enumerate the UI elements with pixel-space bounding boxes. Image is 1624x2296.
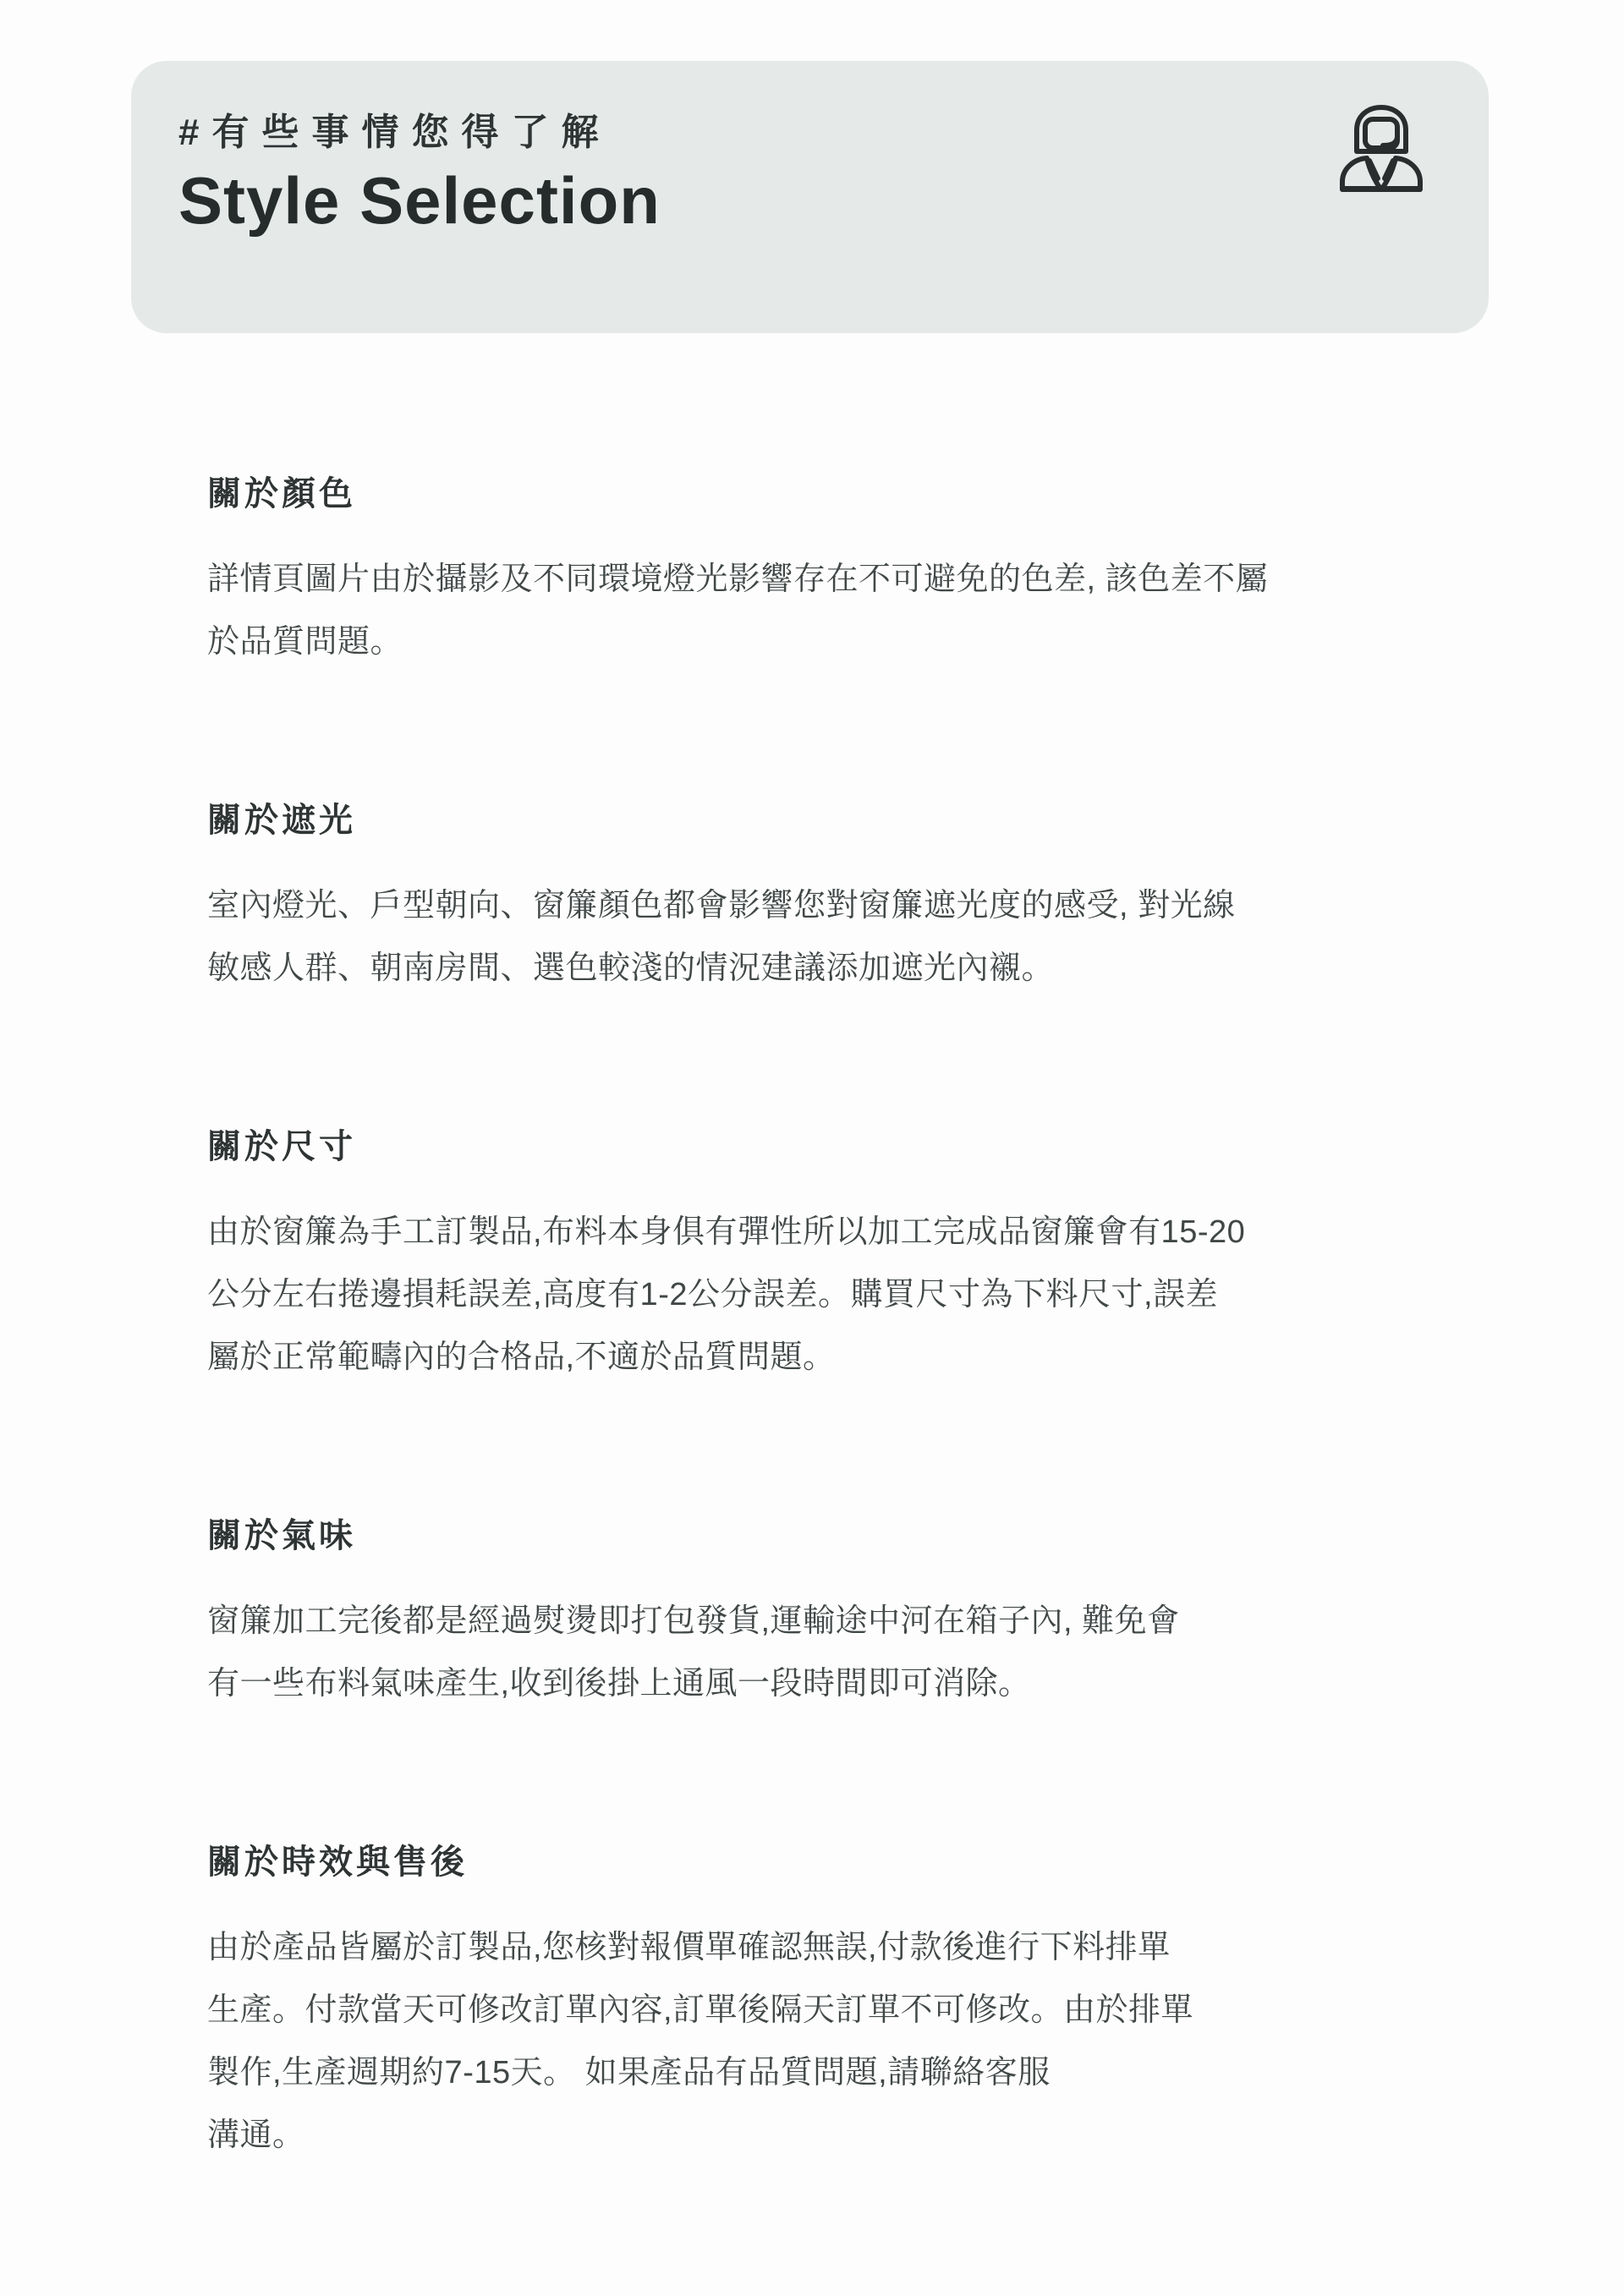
paragraph-line: 製作,生產週期約7-15天。 如果產品有品質問題,請聯絡客服: [207, 2041, 1434, 2104]
section-about-size: 關於尺寸 由於窗簾為手工訂製品,布料本身俱有彈性所以加工完成品窗簾會有15-20…: [207, 1126, 1434, 1389]
section-paragraph: 室內燈光、戶型朝向、窗簾顏色都會影響您對窗簾遮光度的感受, 對光線 敏感人群、朝…: [207, 874, 1434, 1000]
header-hashtag: #有些事情您得了解: [178, 110, 1489, 156]
section-heading: 關於顏色: [207, 474, 1434, 514]
section-paragraph: 由於窗簾為手工訂製品,布料本身俱有彈性所以加工完成品窗簾會有15-20 公分左右…: [207, 1201, 1434, 1389]
paragraph-line: 敏感人群、朝南房間、選色較淺的情況建議添加遮光內襯。: [207, 937, 1434, 1000]
paragraph-line: 生產。付款當天可修改訂單內容,訂單後隔天訂單不可修改。由於排單: [207, 1979, 1434, 2041]
customer-service-agent-icon: [1339, 104, 1424, 192]
section-paragraph: 由於產品皆屬於訂製品,您核對報價單確認無誤,付款後進行下料排單 生產。付款當天可…: [207, 1916, 1434, 2167]
paragraph-line: 窗簾加工完後都是經過熨燙即打包發貨,運輸途中河在箱子內, 難免會: [207, 1590, 1434, 1652]
paragraph-line: 由於產品皆屬於訂製品,您核對報價單確認無誤,付款後進行下料排單: [207, 1916, 1434, 1979]
section-paragraph: 詳情頁圖片由於攝影及不同環境燈光影響存在不可避免的色差, 該色差不屬 於品質問題…: [207, 548, 1434, 673]
paragraph-line: 公分左右捲邊損耗誤差,高度有1-2公分誤差。購買尺寸為下料尺寸,誤差: [207, 1263, 1434, 1326]
paragraph-line: 由於窗簾為手工訂製品,布料本身俱有彈性所以加工完成品窗簾會有15-20: [207, 1201, 1434, 1263]
page-title: Style Selection: [178, 164, 1489, 237]
section-about-color: 關於顏色 詳情頁圖片由於攝影及不同環境燈光影響存在不可避免的色差, 該色差不屬 …: [207, 474, 1434, 673]
paragraph-line: 有一些布料氣味產生,收到後掛上通風一段時間即可消除。: [207, 1652, 1434, 1715]
info-sections: 關於顏色 詳情頁圖片由於攝影及不同環境燈光影響存在不可避免的色差, 該色差不屬 …: [207, 474, 1434, 2293]
section-about-leadtime-aftersales: 關於時效與售後 由於產品皆屬於訂製品,您核對報價單確認無誤,付款後進行下料排單 …: [207, 1842, 1434, 2167]
section-paragraph: 窗簾加工完後都是經過熨燙即打包發貨,運輸途中河在箱子內, 難免會 有一些布料氣味…: [207, 1590, 1434, 1715]
paragraph-line: 室內燈光、戶型朝向、窗簾顏色都會影響您對窗簾遮光度的感受, 對光線: [207, 874, 1434, 937]
section-heading: 關於遮光: [207, 800, 1434, 841]
section-about-odor: 關於氣味 窗簾加工完後都是經過熨燙即打包發貨,運輸途中河在箱子內, 難免會 有一…: [207, 1515, 1434, 1715]
section-heading: 關於時效與售後: [207, 1842, 1434, 1882]
section-heading: 關於尺寸: [207, 1126, 1434, 1167]
paragraph-line: 屬於正常範疇內的合格品,不適於品質問題。: [207, 1326, 1434, 1389]
section-about-blackout: 關於遮光 室內燈光、戶型朝向、窗簾顏色都會影響您對窗簾遮光度的感受, 對光線 敏…: [207, 800, 1434, 1000]
paragraph-line: 於品質問題。: [207, 611, 1434, 673]
section-heading: 關於氣味: [207, 1515, 1434, 1556]
paragraph-line: 詳情頁圖片由於攝影及不同環境燈光影響存在不可避免的色差, 該色差不屬: [207, 548, 1434, 611]
paragraph-line: 溝通。: [207, 2104, 1434, 2167]
header-card: #有些事情您得了解 Style Selection: [131, 61, 1489, 333]
